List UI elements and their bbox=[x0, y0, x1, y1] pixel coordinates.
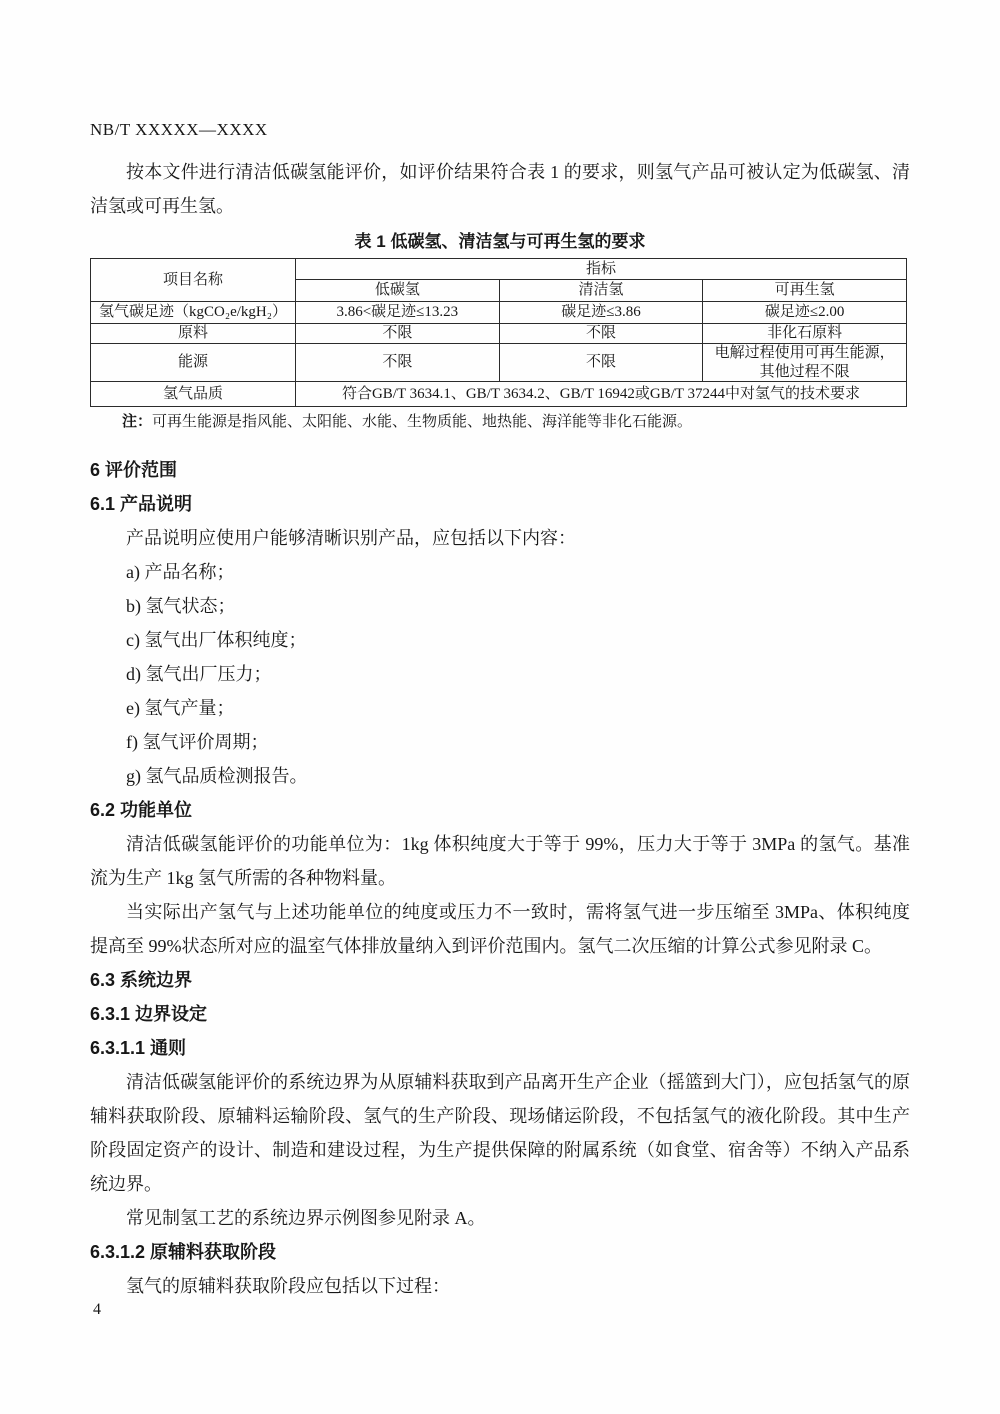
cell-footprint-name: 氢气碳足迹（kgCO₂e/kgH₂） bbox=[91, 302, 296, 324]
list-item-f: f) 氢气评价周期； bbox=[126, 725, 910, 759]
cell-footprint-clean: 碳足迹≤3.86 bbox=[499, 302, 703, 324]
cell-material-renewable: 非化石原料 bbox=[703, 324, 907, 344]
requirements-table: 项目名称 指标 低碳氢 清洁氢 可再生氢 氢气碳足迹（kgCO₂e/kgH₂） … bbox=[90, 258, 907, 407]
cell-quality-name: 氢气品质 bbox=[91, 382, 296, 407]
cell-footprint-low: 3.86<碳足迹≤13.23 bbox=[296, 302, 500, 324]
table-row-quality: 氢气品质 符合GB/T 3634.1、GB/T 3634.2、GB/T 1694… bbox=[91, 382, 907, 407]
table-row-carbon-footprint: 氢气碳足迹（kgCO₂e/kgH₂） 3.86<碳足迹≤13.23 碳足迹≤3.… bbox=[91, 302, 907, 324]
list-item-b: b) 氢气状态； bbox=[126, 589, 910, 623]
heading-6-1: 6.1 产品说明 bbox=[90, 487, 910, 521]
cell-energy-clean: 不限 bbox=[499, 343, 703, 382]
paragraph-6-3-1-1-b: 常见制氢工艺的系统边界示例图参见附录 A。 bbox=[90, 1201, 910, 1235]
list-item-g: g) 氢气品质检测报告。 bbox=[126, 759, 910, 793]
cell-energy-name: 能源 bbox=[91, 343, 296, 382]
table-note-label: 注： bbox=[122, 413, 152, 430]
cell-energy-renewable-text: 电解过程使用可再生能源，其他过程不限 bbox=[712, 344, 898, 382]
table-note-text: 可再生能源是指风能、太阳能、水能、生物质能、地热能、海洋能等非化石能源。 bbox=[152, 414, 692, 430]
list-item-c: c) 氢气出厂体积纯度； bbox=[126, 623, 910, 657]
cell-material-low: 不限 bbox=[296, 324, 500, 344]
paragraph-6-3-1-2: 氢气的原辅料获取阶段应包括以下过程： bbox=[90, 1269, 910, 1303]
intro-paragraph: 按本文件进行清洁低碳氢能评价，如评价结果符合表 1 的要求，则氢气产品可被认定为… bbox=[90, 155, 910, 223]
cell-footprint-renewable: 碳足迹≤2.00 bbox=[703, 302, 907, 324]
table-header-row: 项目名称 指标 bbox=[91, 259, 907, 280]
heading-6: 6 评价范围 bbox=[90, 453, 910, 487]
heading-6-2: 6.2 功能单位 bbox=[90, 793, 910, 827]
table-title: 表 1 低碳氢、清洁氢与可再生氢的要求 bbox=[90, 231, 910, 253]
heading-6-3: 6.3 系统边界 bbox=[90, 963, 910, 997]
paragraph-6-1: 产品说明应使用户能够清晰识别产品，应包括以下内容： bbox=[90, 521, 910, 555]
header-cell-clean: 清洁氢 bbox=[499, 280, 703, 302]
cell-quality-requirement: 符合GB/T 3634.1、GB/T 3634.2、GB/T 16942或GB/… bbox=[296, 382, 907, 407]
cell-material-clean: 不限 bbox=[499, 324, 703, 344]
list-item-d: d) 氢气出厂压力； bbox=[126, 657, 910, 691]
list-item-a: a) 产品名称； bbox=[126, 555, 910, 589]
header-cell-item-name: 项目名称 bbox=[91, 259, 296, 302]
paragraph-6-3-1-1-a: 清洁低碳氢能评价的系统边界为从原辅料获取到产品离开生产企业（摇篮到大门），应包括… bbox=[90, 1065, 910, 1201]
doc-number: NB/T XXXXX—XXXX bbox=[90, 120, 910, 140]
heading-6-3-1-1: 6.3.1.1 通则 bbox=[90, 1031, 910, 1065]
header-cell-renewable: 可再生氢 bbox=[703, 280, 907, 302]
cell-energy-renewable: 电解过程使用可再生能源，其他过程不限 bbox=[703, 343, 907, 382]
page-number: 4 bbox=[93, 1300, 101, 1320]
heading-6-3-1: 6.3.1 边界设定 bbox=[90, 997, 910, 1031]
header-cell-low-carbon: 低碳氢 bbox=[296, 280, 500, 302]
table-row-raw-material: 原料 不限 不限 非化石原料 bbox=[91, 324, 907, 344]
heading-6-3-1-2: 6.3.1.2 原辅料获取阶段 bbox=[90, 1235, 910, 1269]
list-item-e: e) 氢气产量； bbox=[126, 691, 910, 725]
cell-energy-low: 不限 bbox=[296, 343, 500, 382]
paragraph-6-2-b: 当实际出产氢气与上述功能单位的纯度或压力不一致时，需将氢气进一步压缩至 3MPa… bbox=[90, 895, 910, 963]
table-note: 注：可再生能源是指风能、太阳能、水能、生物质能、地热能、海洋能等非化石能源。 bbox=[122, 412, 910, 432]
document-page: NB/T XXXXX—XXXX 按本文件进行清洁低碳氢能评价，如评价结果符合表 … bbox=[0, 0, 1000, 1414]
paragraph-6-2-a: 清洁低碳氢能评价的功能单位为：1kg 体积纯度大于等于 99%，压力大于等于 3… bbox=[90, 827, 910, 895]
cell-material-name: 原料 bbox=[91, 324, 296, 344]
table-row-energy: 能源 不限 不限 电解过程使用可再生能源，其他过程不限 bbox=[91, 343, 907, 382]
page-content: NB/T XXXXX—XXXX 按本文件进行清洁低碳氢能评价，如评价结果符合表 … bbox=[90, 120, 910, 1303]
header-cell-indicator: 指标 bbox=[296, 259, 907, 280]
